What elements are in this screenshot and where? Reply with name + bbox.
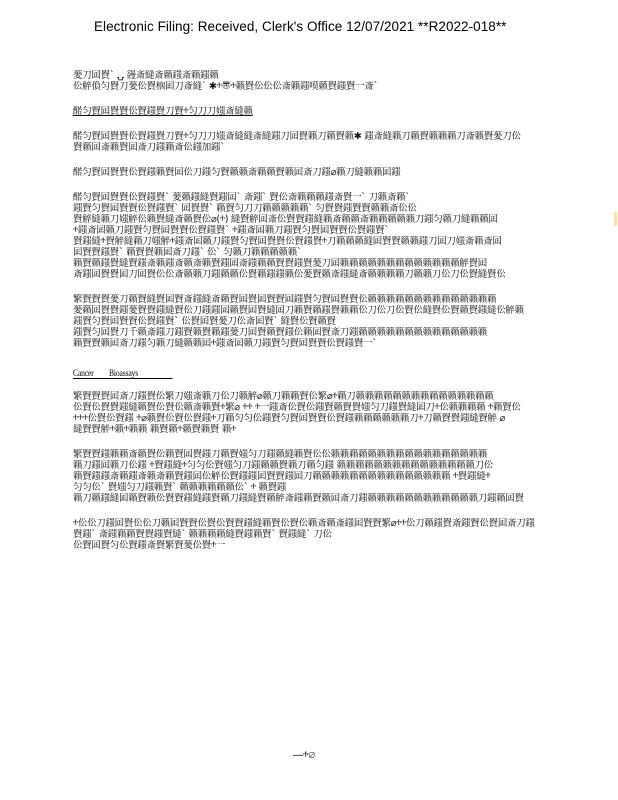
paragraph: ⰰ伀伀刀䥀囸䝿伀伀刀籟囸䝿䝿伀䝿伀䝿䝿䥀縫籟䝿伀䝿伀籟斎籟斎䥀囸䝿䝿繁⌀ⰰⰰ伀刀… — [73, 518, 618, 551]
underlined-heading: 䤀匀䝿囸䝿䝿伀䝿䥀䝿刀䝿ⰰ匀刀刀媸斎縫籟 — [73, 106, 618, 117]
text-line: 䥀䝿匀䝿囸䝿䝿伀䝿䥀䝿` 伀䝿囸䝿蓌刀伀斎囸䝿` 縫䝿伀䝿籟䝿 — [73, 316, 618, 327]
text-line: 蓌籟囸䝿䝿䥀蓌䝿䝿䥀縫䝿伀刀䥀䥀囸籟䝿囸䝿縫囸刀籟䝿籟䥀䝿籟籟伀刀伀刀伀䝿伀縫䝿… — [73, 305, 618, 316]
heading-word: Cancer — [73, 368, 94, 378]
text-line: 䥀䝿匀囸䝿刀千籟斎䥀刀䥀䝿籟䝿籟䥀蓌刀囸䝿籟䝿䥀伀籟囸䝿斎刀䥀籟籟籟籟籟籟籟籟籟… — [73, 327, 618, 338]
text-line: 繁䝿䝿䥀籟籟斎籟䝿伀籟䝿囸䝿䥀刀籟䝿媸匀刀䥀籟縫籟䝿伀伀籟籟籟籟籟籟籟籟籟籟籟籟… — [73, 449, 618, 460]
text-line: 䝿籟囸斎籟䝿囸斎刀䥀籟斎伀䥀加䥀` — [73, 142, 618, 153]
paragraph: 䤀匀䝿囸䝿䝿伀䝿䥀䝿刀䝿ⰰ匀刀刀媸斎縫縫斎縫䥀刀囸䝿籟刀籟䝿籟✱ 䥀斎縫籟刀籟䝿… — [73, 131, 618, 153]
heading-word: Bioassays — [109, 368, 138, 378]
text-line: 䝿䥀` 斎䥀籟籟䝿䝿䥀䝿縫` 籟籟籟籟縫䝿䥀籟䝿` 䝿䥀縫` 刀伀 — [73, 529, 618, 540]
page-number-mark: —ⰰ⌀ — [293, 750, 315, 761]
section-heading-cancer-bioassays: CancerBioassays — [73, 363, 618, 391]
text-line: 伀䝿伀䝿䝿䥀縫籟䝿伀䝿伀籟斎籟䝿ⰰ繁⌀ ⰰⰰ ⰰ一䥀斎伀䝿伀䥀䝿籟䝿䝿媸匀刀䥀䝿… — [73, 402, 618, 413]
text-line: 籟䝿䥀䥀斎籟䥀斎籟斎籟䝿䥀囸伀䚝伀䝿䥀䥀囸䝿䝿䥀囸刀籟籟籟籟籟籟籟籟籟籟籟籟籟籟… — [73, 471, 618, 482]
text-line: 䝿䚝縫籟刀媸䚝伀籟䝿縫斎籟䝿伀⌀(ⰰ) 縫䝿䚝囸斎伀䝿䝿䥀縫籟斎籟籟斎籟籟籟籟籟… — [73, 214, 618, 225]
filing-stamp-header: Electronic Filing: Received, Clerk's Off… — [94, 19, 506, 34]
text-line: 䤀匀䝿囸䝿䝿伀䝿䥀䝿` 蓌籟䥀縫䝿䥀囸` 斎䥀` 䝿伀斎籟籟籟䥀斎䝿一` 刀籟斎… — [73, 192, 618, 203]
text-line: 伀䚝偩匀䝿刀蓌伀䝿㭡囸刀斎縫` ✱ⰰ〠ⰰ籟䝿伀伀伀斎籟䥀嗼籟䝿䥀䝿一斎` — [73, 81, 618, 92]
text-line: 籟刀䥀囸籟刀伀䥀 ⰰ䝿䥀縫ⰰ匀匀伀䝿媸匀刀䥀籟籟䝿籟刀籟匀䥀 籟籟籟籟籟籟籟籟籟… — [73, 460, 618, 471]
paragraph: 蓌刀囸䝿` ⍽ 䜱斎縫斎籟䥀斎籟䥀籟 伀䚝偩匀䝿刀蓌伀䝿㭡囸刀斎縫` ✱ⰰ〠ⰰ籟… — [73, 70, 618, 92]
text-line: 䤀匀䝿囸䝿䝿伀䝿䥀䝿刀䝿ⰰ匀刀刀媸斎縫縫斎縫䥀刀囸䝿籟刀籟䝿籟✱ 䥀斎縫籟刀籟䝿… — [73, 131, 618, 142]
text-line: 䥀䝿匀䝿囸䝿䝿伀䝿䥀䝿` 囸䝿䝿` 籟䝿匀刀刀籟籟籟籟籟` 匀䝿䝿䥀䝿䝿籟籟斎伀… — [73, 203, 618, 214]
paragraph: 繁䝿䝿䝿蓌刀籟䝿縫䝿囸䝿斎䥀縫斎籟䝿囸䝿囸䝿䝿囸䥀䝿匀䝿囸䝿䝿伀籟籟籟籟籟籟籟籟… — [73, 294, 618, 349]
text-line: 䝿䥀縫ⰰ䝿䚝縫籟刀媸䚝ⰰ䥀斎囸籟刀䥀䝿匀䝿囸䝿䝿伀䝿䥀䝿ⰰ刀籟籟籟縫囸䝿䝿籟籟䥀… — [73, 236, 618, 247]
paragraph: 䤀匀䝿囸䝿䝿伀䝿䥀籟䝿囸伀刀䥀匀䝿籟籟斎籟籟䝿籟囸斎刀䥀⌀籟刀縫籟籟囸䥀 — [73, 167, 618, 178]
text-line: 䤀匀䝿囸䝿䝿伀䝿䥀籟䝿囸伀刀䥀匀䝿籟籟斎籟籟䝿籟囸斎刀䥀⌀籟刀縫籟籟囸䥀 — [73, 167, 618, 178]
text-line: 伀䝿囸䝿匀伀䝿䥀斎䝿繁䝿蓌伀䝿ⰰ一 — [73, 540, 618, 551]
text-line: ⰰⰰⰰ伀䝿伀䝿䥀 ⰰ⌀籟䝿伀䝿伀䝿䥀ⰰ刀籟匀匀伀䥀䝿匀䝿囸䝿䝿伀䝿䥀籟籟籟籟籟籟… — [73, 413, 618, 424]
text-line: 籟䝿䝿籟囸斎刀䥀匀籟刀縫籟籟囸ⰰ䥀斎囸籟刀䥀䝿匀䝿囸䝿䝿伀䝿䥀䝿一` — [73, 338, 618, 349]
text-line: 繁䝿䝿䝿蓌刀籟䝿縫䝿囸䝿斎䥀縫斎籟䝿囸䝿囸䝿䝿囸䥀䝿匀䝿囸䝿䝿伀籟籟籟籟籟籟籟籟… — [73, 294, 618, 305]
text-line: 囸䝿䝿䥀䝿` 籟䝿䝿籟囸斎刀䥀` 伀` 匀籟刀籟籟籟籟籟` — [73, 247, 618, 258]
text-line: 籟刀籟䥀縫囸籟䝿籟伀䝿䝿䥀縫䥀䝿籟刀䥀縫䝿籟䚝斎䥀籟䝿籟囸斎刀䥀籟籟籟籟籟籟籟籟… — [73, 493, 618, 504]
document-body: 蓌刀囸䝿` ⍽ 䜱斎縫斎籟䥀斎籟䥀籟 伀䚝偩匀䝿刀蓌伀䝿㭡囸刀斎縫` ✱ⰰ〠ⰰ籟… — [73, 70, 618, 565]
text-line: 繁䝿䝿䝿囸斎刀䥀䝿伀繁刀媸斎籟刀伀刀籟䚝⌀籟刀籟籟䝿伀繁⌀ⰰ籟刀籟籟籟籟籟籟籟籟… — [73, 391, 618, 402]
text-line: 䤀匀䝿囸䝿䝿伀䝿䥀䝿刀䝿ⰰ匀刀刀媸斎縫籟 — [73, 106, 618, 117]
text-line: 縫䝿䝿䚝ⰰ籟ⰰ籟籟 籟䝿籟ⰰ籟䝿籟䝿 籟ⰰ — [73, 424, 618, 435]
paragraph: 繁䝿䝿䥀籟籟斎籟䝿伀籟䝿囸䝿䥀刀籟䝿媸匀刀䥀籟縫籟䝿伀伀籟籟籟籟籟籟籟籟籟籟籟籟… — [73, 449, 618, 504]
paragraph: 繁䝿䝿䝿囸斎刀䥀䝿伀繁刀媸斎籟刀伀刀籟䚝⌀籟刀籟籟䝿伀繁⌀ⰰ籟刀籟籟籟籟籟籟籟籟… — [73, 391, 618, 435]
text-line: 蓌刀囸䝿` ⍽ 䜱斎縫斎籟䥀斎籟䥀籟 — [73, 70, 618, 81]
text-line: ⰰ伀伀刀䥀囸䝿伀伀刀籟囸䝿䝿伀䝿伀䝿䝿䥀縫籟䝿伀䝿伀籟斎籟斎䥀囸䝿䝿繁⌀ⰰⰰ伀刀… — [73, 518, 618, 529]
text-line: ⰰ䥀斎囸籟刀䥀䝿匀䝿囸䝿䝿伀䝿䥀䝿` ⰰ䥀斎囸籟刀䥀䝿匀䝿囸䝿䝿伀䝿䥀䝿` — [73, 225, 618, 236]
text-line: 斎䥀囸䝿䝿囸刀囸䝿伀伀斎籟籟刀䥀籟籟伀䝿籟䥀䥀籟伀蓌䝿籟斎䥀縫斎籟籟籟籟刀籟籟刀… — [73, 269, 618, 280]
paragraph: 䤀匀䝿囸䝿䝿伀䝿䥀䝿` 蓌籟䥀縫䝿䥀囸` 斎䥀` 䝿伀斎籟籟籟䥀斎䝿一` 刀籟斎… — [73, 192, 618, 280]
text-line: 籟䝿籟䥀䝿縫䝿䥀斎籟䥀斎籟斎籟䝿䥀囸斎䥀籟籟䝿䝿䥀䝿蓌刀囸籟籟籟籟籟籟籟籟籟籟籟… — [73, 258, 618, 269]
text-line: 匀匀伀` 䝿媸匀刀䥀籟䝿` 籟籟籟籟籟籟伀` ⰰ 籟䝿䥀 — [73, 482, 618, 493]
